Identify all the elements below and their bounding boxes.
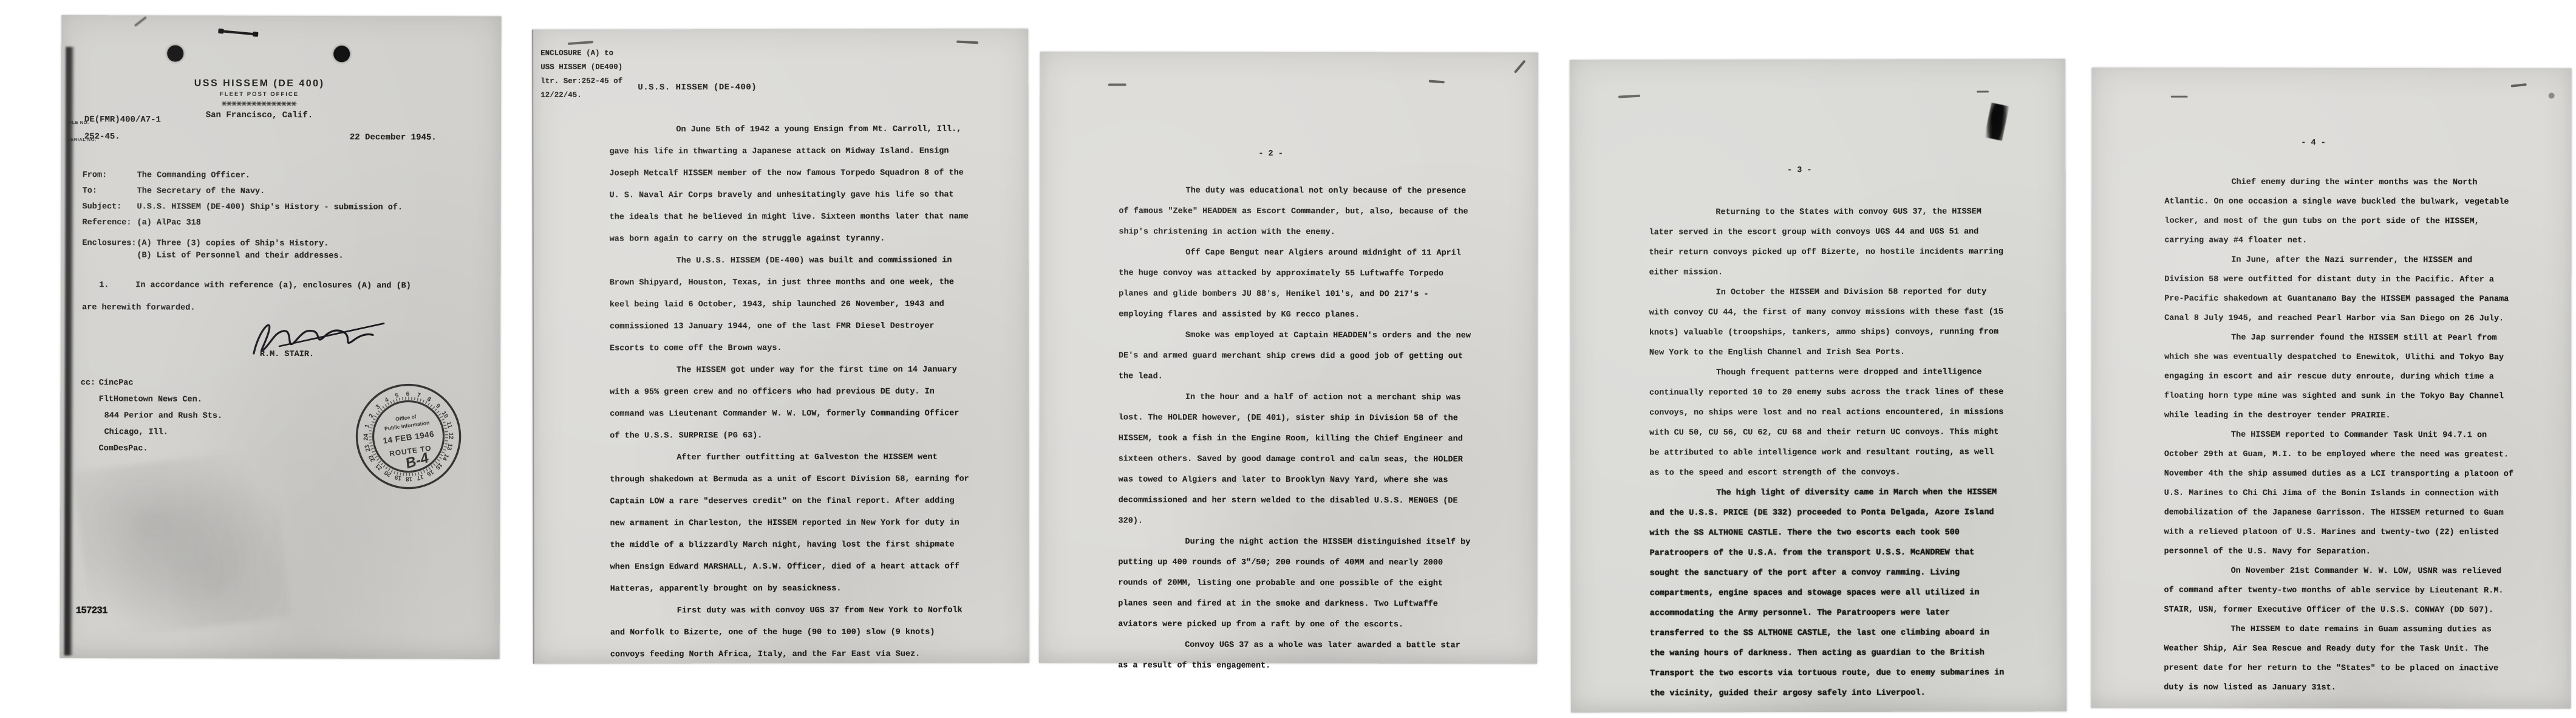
paragraph: The U.S.S. HISSEM (DE-400) was built and… xyxy=(610,250,971,360)
svg-text:22: 22 xyxy=(367,453,377,463)
letterhead-struck-line: xxxxxxxxxxxxxxx xyxy=(162,99,357,108)
enclosure-header: ENCLOSURE (A) to USS HISSEM (DE400) ltr.… xyxy=(540,46,622,102)
svg-text:3: 3 xyxy=(375,403,382,411)
paragraph: Though frequent patterns were dropped an… xyxy=(1649,362,2005,483)
stamp-line1: Office of xyxy=(395,414,417,423)
cc-recipient: 844 Perior and Rush Sts. xyxy=(81,408,223,425)
page-number: - 4 - xyxy=(2092,138,2535,148)
svg-text:24: 24 xyxy=(363,434,369,441)
field-value: (a) AlPac 318 xyxy=(137,217,483,228)
letterhead-ship-name: USS HISSEM (DE 400) xyxy=(162,78,357,89)
field-reference: Reference: (a) AlPac 318 xyxy=(82,217,483,229)
enclosure-header-line: USS HISSEM (DE400) xyxy=(540,60,622,74)
field-value: The Secretary of the Navy. xyxy=(137,186,483,197)
cc-recipient: ComDesPac. xyxy=(80,440,222,457)
punch-hole xyxy=(167,46,183,62)
field-label xyxy=(82,250,137,261)
paragraph: The Jap surrender found the HISSEM still… xyxy=(2164,329,2515,426)
field-value: (B) List of Personnel and their addresse… xyxy=(137,250,483,261)
office-of-public-information-stamp: 123456789101112131415161718192021222324 … xyxy=(347,375,470,498)
pen-mark xyxy=(1514,60,1526,73)
scan-speck xyxy=(1108,83,1126,86)
cover-letter-page: USS HISSEM (DE 400) FLEET POST OFFICE xx… xyxy=(60,15,502,659)
ink-blot xyxy=(1984,103,2009,141)
page-number: - 3 - xyxy=(1570,165,2029,176)
paragraph: First duty was with convoy UGS 37 from N… xyxy=(610,600,972,666)
page-body: On June 5th of 1942 a young Ensign from … xyxy=(609,118,972,666)
svg-text:7: 7 xyxy=(417,392,422,399)
cc-recipient: CincPac xyxy=(81,375,223,392)
scan-speck xyxy=(1618,95,1640,98)
paragraph: Returning to the States with convoy GUS … xyxy=(1649,202,2005,282)
letterhead-fleet-post-office: FLEET POST OFFICE xyxy=(162,91,357,98)
field-value: U.S.S. HISSEM (DE-400) Ship's History - … xyxy=(137,202,483,213)
page-body: Chief enemy during the winter months was… xyxy=(2164,173,2515,699)
page-number: - 2 - xyxy=(1040,149,1502,159)
paragraph: Off Cape Bengut near Algiers around midn… xyxy=(1119,243,1474,326)
scan-speck xyxy=(1977,91,1989,92)
svg-text:9: 9 xyxy=(434,403,441,410)
page-body: The duty was educational not only becaus… xyxy=(1118,181,1474,677)
body-paragraph-line2: are herewith forwarded. xyxy=(82,303,195,313)
svg-text:6: 6 xyxy=(406,391,410,398)
letterhead: USS HISSEM (DE 400) FLEET POST OFFICE xx… xyxy=(162,78,357,120)
paragraph: In June, after the Nazi surrender, the H… xyxy=(2164,251,2515,329)
signature-typed-name: R.M. STAIR. xyxy=(260,350,314,359)
field-label: From: xyxy=(83,170,137,180)
svg-text:19: 19 xyxy=(394,473,402,481)
svg-text:15: 15 xyxy=(434,461,443,471)
pen-mark xyxy=(134,16,147,27)
field-label: Subject: xyxy=(83,202,137,212)
serial-number: 252-45. xyxy=(84,132,120,142)
scan-speck xyxy=(2549,92,2555,98)
svg-text:11: 11 xyxy=(445,421,454,429)
svg-text:23: 23 xyxy=(364,443,372,452)
paragraph: Chief enemy during the winter months was… xyxy=(2164,173,2515,251)
scan-speck xyxy=(1429,80,1445,84)
svg-text:10: 10 xyxy=(440,410,449,420)
paragraph: On June 5th of 1942 a young Ensign from … xyxy=(609,118,970,250)
svg-text:12: 12 xyxy=(447,433,454,440)
paragraph: The HISSEM to date remains in Guam assum… xyxy=(2164,620,2515,699)
file-number: DE(FMR)400/A7-1 xyxy=(84,115,161,125)
svg-text:1: 1 xyxy=(364,423,371,429)
page-body: Returning to the States with convoy GUS … xyxy=(1649,202,2006,703)
field-enclosure-a: Enclosures: (A) Three (3) copies of Ship… xyxy=(82,238,483,250)
stamp-date: 14 FEB 1946 xyxy=(383,429,435,445)
paragraph: On November 21st Commander W. W. LOW, US… xyxy=(2164,562,2515,621)
field-to: To: The Secretary of the Navy. xyxy=(83,186,483,197)
document-title: U.S.S. HISSEM (DE-400) xyxy=(570,83,825,93)
letterhead-city: San Francisco, Calif. xyxy=(162,110,357,120)
paragraph: The duty was educational not only becaus… xyxy=(1119,181,1474,244)
paragraph: During the night action the HISSEM disti… xyxy=(1118,532,1473,636)
paragraph: The high light of diversity came in Marc… xyxy=(1649,482,2006,703)
cc-recipient: Chicago, Ill. xyxy=(81,424,223,441)
staple-mark xyxy=(220,30,256,35)
history-page-2: - 2 - The duty was educational not only … xyxy=(1039,52,1538,663)
field-from: From: The Commanding Officer. xyxy=(83,170,483,182)
cc-label: cc: xyxy=(81,375,95,391)
punch-hole xyxy=(333,46,350,62)
svg-text:17: 17 xyxy=(415,473,424,482)
paragraph: In October the HISSEM and Division 58 re… xyxy=(1649,282,2005,363)
paragraph: After further outfitting at Galveston th… xyxy=(610,446,971,600)
scan-speck xyxy=(2511,83,2527,87)
paragraph: The HISSEM reported to Commander Task Un… xyxy=(2164,426,2515,562)
letter-date: 22 December 1945. xyxy=(350,132,437,142)
enclosure-header-line: ENCLOSURE (A) to xyxy=(540,46,622,60)
field-enclosure-b: (B) List of Personnel and their addresse… xyxy=(82,250,483,262)
staple-mark xyxy=(568,41,593,45)
field-value: The Commanding Officer. xyxy=(137,170,483,181)
svg-text:18: 18 xyxy=(406,475,413,482)
paragraph: Smoke was employed at Captain HEADDEN's … xyxy=(1119,326,1474,388)
paragraph: In the hour and a half of action not a m… xyxy=(1118,388,1473,533)
staple-mark xyxy=(956,41,978,44)
field-label: To: xyxy=(83,186,137,196)
cc-recipient: FltHometown News Cen. xyxy=(81,391,223,408)
paragraph: Convoy UGS 37 as a whole was later award… xyxy=(1118,635,1473,677)
scanned-document-canvas: { "pages": [ { "name": "cover-letter", "… xyxy=(0,0,2576,718)
field-value: (A) Three (3) copies of Ship's History. xyxy=(137,238,483,249)
field-label: Reference: xyxy=(82,217,137,228)
svg-text:14: 14 xyxy=(441,453,450,462)
field-subject: Subject: U.S.S. HISSEM (DE-400) Ship's H… xyxy=(83,202,483,213)
paragraph: The HISSEM got under way for the first t… xyxy=(610,359,971,447)
history-page-3: - 3 - Returning to the States with convo… xyxy=(1570,59,2067,713)
history-page-1: ENCLOSURE (A) to USS HISSEM (DE400) ltr.… xyxy=(532,29,1029,663)
scan-speck xyxy=(2171,96,2188,98)
svg-text:2: 2 xyxy=(368,412,376,419)
stamp-line2: Public Information xyxy=(384,420,429,432)
svg-text:20: 20 xyxy=(383,469,392,478)
svg-text:4: 4 xyxy=(384,397,390,405)
field-label: Enclosures: xyxy=(82,238,137,248)
svg-text:5: 5 xyxy=(394,392,400,400)
history-page-4: - 4 - Chief enemy during the winter mont… xyxy=(2091,67,2571,708)
paragraph-number: 1. xyxy=(99,280,109,290)
page-footer-number: 157231 xyxy=(76,605,107,616)
cc-block: cc: CincPac FltHometown News Cen. 844 Pe… xyxy=(80,375,222,457)
body-paragraph-line1: In accordance with reference (a), enclos… xyxy=(135,280,411,291)
